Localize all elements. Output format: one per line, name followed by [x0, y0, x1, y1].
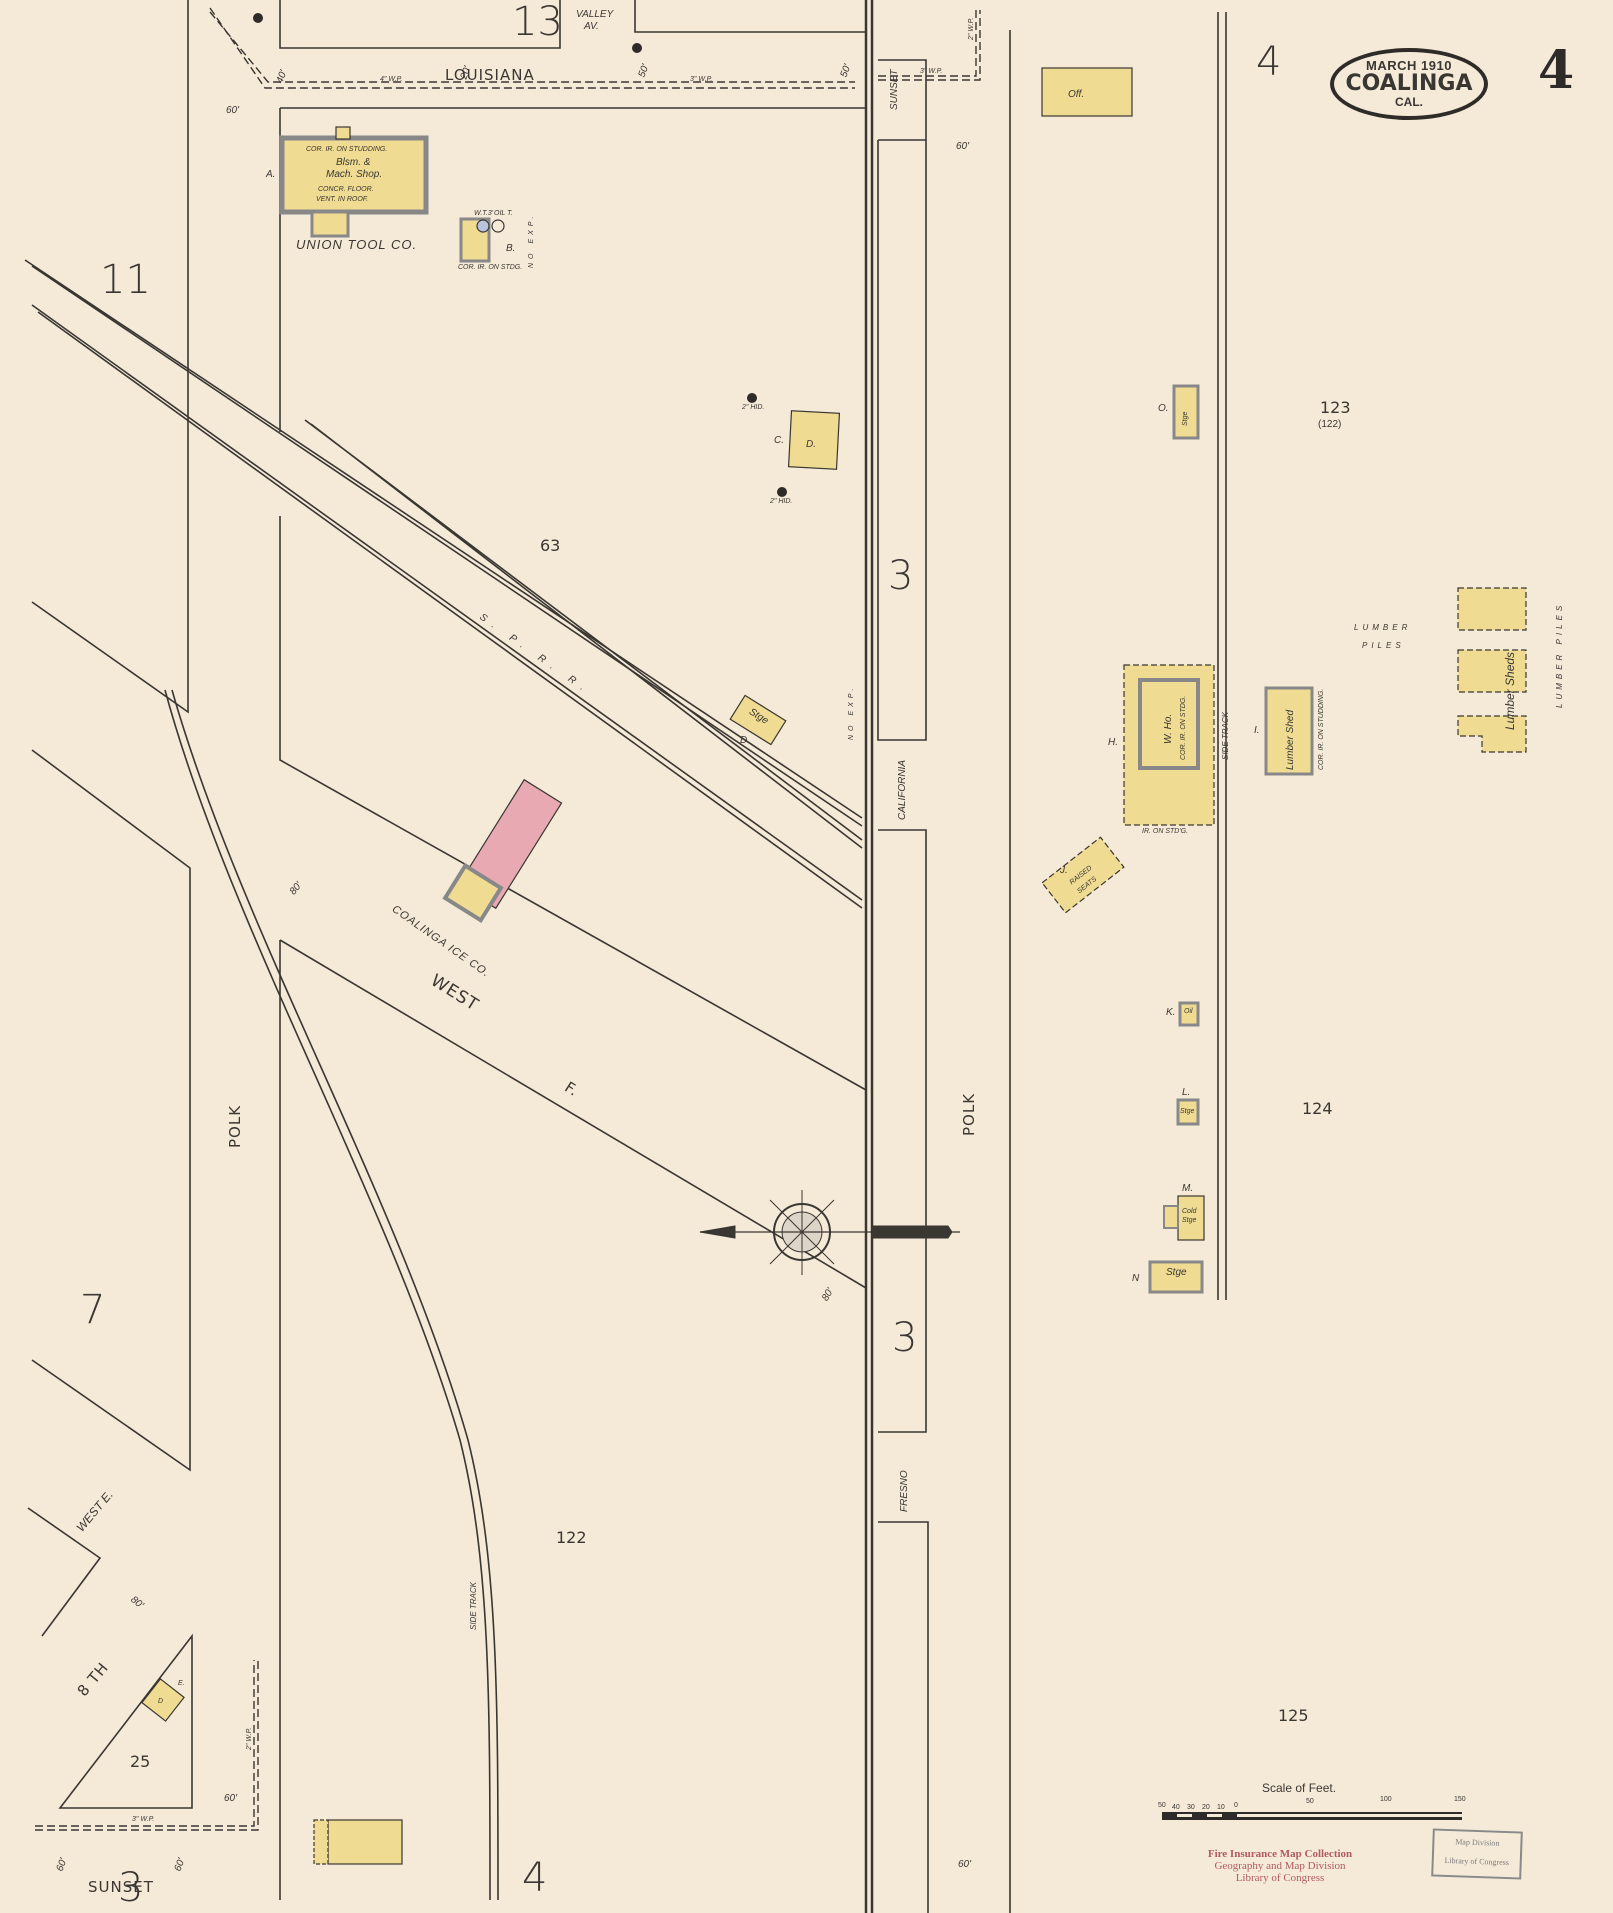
street-width: 60' — [226, 106, 239, 116]
side-track-label: SIDE TRACK — [1222, 712, 1230, 760]
scale-tick: 30 — [1187, 1804, 1195, 1811]
library-stamp-red: Fire Insurance Map Collection Geography … — [1185, 1848, 1375, 1884]
stamp-line: Geography and Map Division — [1185, 1860, 1375, 1872]
block-boundary — [280, 108, 866, 1090]
street-polk: POLK — [228, 1105, 243, 1148]
railroad-track — [25, 260, 862, 826]
building-letter: M. — [1182, 1184, 1193, 1194]
building-name: Oil — [1184, 1008, 1193, 1015]
railroad-track — [305, 420, 862, 848]
no-exposure-label: NO EXP. — [528, 213, 535, 269]
building-letter: J. — [1060, 866, 1068, 876]
scale-title: Scale of Feet. — [1262, 1782, 1336, 1794]
scale-tick: 100 — [1380, 1796, 1392, 1803]
block-boundary — [60, 1636, 192, 1808]
building-letter: O. — [1158, 404, 1169, 414]
side-track — [172, 690, 498, 1900]
building-note: OIL T. — [494, 210, 513, 217]
side-track — [165, 690, 490, 1900]
hydrant-icon — [747, 393, 757, 403]
building-name: Stge — [1182, 412, 1189, 426]
building-letter: I. — [1254, 726, 1260, 736]
street-sunset: SUNSET — [88, 1880, 154, 1895]
building-letter: D. — [740, 736, 750, 746]
building-note: COR. IR. ON STUDDING. — [306, 146, 387, 153]
building-name: Lumber Sheds — [1504, 652, 1516, 730]
water-pipe-label: 2" W.P. — [968, 18, 975, 40]
building-note: IR. ON STD'G. — [1142, 828, 1188, 835]
building-letter: L. — [1182, 1088, 1190, 1098]
street-valley-av: AV. — [584, 22, 599, 32]
building-bottom — [328, 1820, 402, 1864]
water-pipe-label: 3" W.P. — [132, 1816, 154, 1823]
street-polk: POLK — [962, 1093, 977, 1136]
hydrant-icon — [632, 43, 642, 53]
building-name: Stge — [1182, 1217, 1196, 1224]
street-fresno: FRESNO — [900, 1470, 910, 1512]
building-note: VENT. IN ROOF. — [316, 196, 368, 203]
compass-rose-icon — [700, 1190, 960, 1275]
building-name: Blsm. & — [336, 158, 370, 168]
water-pipe-label: 3" W.P. — [920, 68, 942, 75]
building-name: Stge — [1166, 1268, 1187, 1278]
side-track-label: SIDE TRACK — [470, 1582, 478, 1630]
adjacent-sheet: 3 — [892, 1318, 917, 1358]
water-pipe-label: 4" W.P. — [380, 76, 402, 83]
sheet-number: 4 — [1538, 40, 1574, 101]
street-width: 60' — [224, 1794, 237, 1804]
block-boundary — [878, 1522, 928, 1913]
block-number: 123 — [1320, 400, 1351, 416]
building-lumber-shed — [1458, 588, 1526, 630]
no-exposure-label: NO EXP. — [848, 685, 855, 741]
stamp-line: Library of Congress — [1185, 1872, 1375, 1884]
block-number-old: (122) — [1318, 420, 1341, 430]
block-boundary — [635, 0, 866, 32]
adjacent-sheet: 3 — [888, 556, 913, 596]
building-letter: E. — [178, 1680, 185, 1687]
block-number: 25 — [130, 1754, 150, 1770]
building-letter: C. — [774, 436, 784, 446]
building-name: Lumber Shed — [1286, 710, 1296, 770]
stamp-line: Library of Congress — [1434, 1855, 1520, 1867]
street-valley-av: VALLEY — [576, 10, 613, 20]
building-name: D. — [806, 440, 816, 450]
hydrant-label: 2" HID. — [770, 498, 792, 505]
street-width: 60' — [956, 142, 969, 152]
scale-tick: 150 — [1454, 1796, 1466, 1803]
oil-tank — [492, 220, 504, 232]
building-office — [1042, 68, 1132, 116]
map-canvas — [0, 0, 1613, 1913]
lumber-piles-label: PILES — [1362, 642, 1405, 650]
building-note: CONCR. FLOOR. — [318, 186, 374, 193]
block-boundary — [878, 60, 926, 740]
adjacent-sheet: 13 — [512, 2, 563, 42]
railroad-track — [32, 305, 862, 908]
building-name: D — [158, 1698, 163, 1705]
block-number: 122 — [556, 1530, 587, 1546]
hydrant-icon — [253, 13, 263, 23]
building-note: COR. IR. ON STDG. — [1180, 696, 1187, 760]
building-letter: A. — [266, 170, 275, 180]
building-name: Stge — [1180, 1108, 1194, 1115]
side-track — [1218, 12, 1226, 1300]
building-name: Off. — [1068, 90, 1084, 100]
building-name: Cold — [1182, 1208, 1196, 1215]
building-name: Mach. Shop. — [326, 170, 382, 180]
lumber-piles-label: LUMBER PILES — [1556, 602, 1564, 708]
block-number: 124 — [1302, 1101, 1333, 1117]
building-name: W. Ho. — [1164, 714, 1174, 744]
business-union-tool: UNION TOOL CO. — [296, 238, 417, 251]
block-number: 125 — [1278, 1708, 1309, 1724]
map-city: COALINGA — [1334, 73, 1484, 95]
water-pipe — [35, 1660, 258, 1830]
scale-tick: 40 — [1172, 1804, 1180, 1811]
building-letter: K. — [1166, 1008, 1175, 1018]
street-width: 60' — [958, 1860, 971, 1870]
scale-bar — [1162, 1812, 1462, 1820]
block-boundary — [32, 750, 190, 1470]
title-cartouche: MARCH 1910 COALINGA CAL. — [1330, 48, 1488, 120]
block-number: 63 — [540, 538, 560, 554]
scale-tick: 50 — [1158, 1802, 1166, 1809]
scale-tick: 20 — [1202, 1804, 1210, 1811]
street-california: CALIFORNIA — [898, 760, 908, 820]
street-sunset: SUNSET — [890, 69, 900, 110]
hydrant-label: 2" HID. — [742, 404, 764, 411]
water-pipe-label: 3" W.P. — [690, 76, 712, 83]
building-annex — [336, 127, 350, 139]
stamp-line: Fire Insurance Map Collection — [1185, 1848, 1375, 1860]
adjacent-sheet: 7 — [80, 1290, 105, 1330]
map-state: CAL. — [1334, 95, 1484, 109]
scale-tick: 10 — [1217, 1804, 1225, 1811]
building-m-annex — [1164, 1206, 1178, 1228]
building-annex — [312, 212, 348, 236]
building-letter: H. — [1108, 738, 1118, 748]
building-letter: N — [1132, 1274, 1139, 1284]
building-note: COR. IR. ON STUDDING. — [1318, 689, 1325, 770]
scale-tick: 50 — [1306, 1798, 1314, 1805]
adjacent-sheet: 11 — [100, 260, 151, 300]
building-letter: B. — [506, 244, 515, 254]
building-bottom-porch — [314, 1820, 328, 1864]
stamp-line: Map Division — [1434, 1837, 1520, 1849]
adjacent-sheet: 4 — [1256, 42, 1281, 82]
scale-tick: 0 — [1234, 1802, 1238, 1809]
water-pipe-label: 2" W.P. — [246, 1728, 253, 1750]
hydrant-icon — [777, 487, 787, 497]
lumber-piles-label: LUMBER — [1354, 624, 1411, 632]
library-stamp-box: Map Division Library of Congress — [1431, 1828, 1523, 1879]
block-boundary — [280, 940, 866, 1288]
adjacent-sheet: 4 — [522, 1858, 547, 1898]
building-note: W.T.3' — [474, 210, 493, 217]
water-tank — [477, 220, 489, 232]
building-note: COR. IR. ON STDG. — [458, 264, 522, 271]
